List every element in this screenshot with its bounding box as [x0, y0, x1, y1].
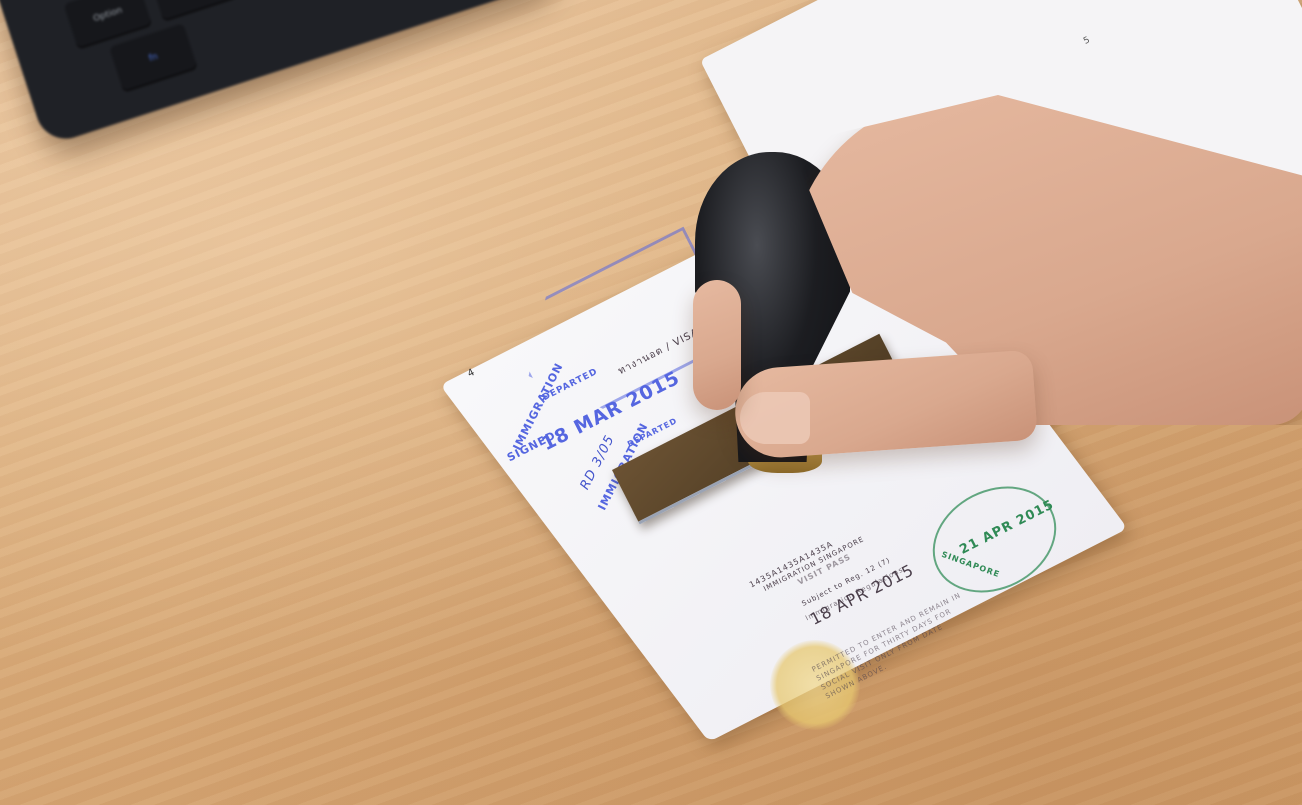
keyboard-key: Command: [149, 0, 238, 22]
thumbnail: [740, 392, 810, 444]
thumb: [693, 280, 741, 410]
